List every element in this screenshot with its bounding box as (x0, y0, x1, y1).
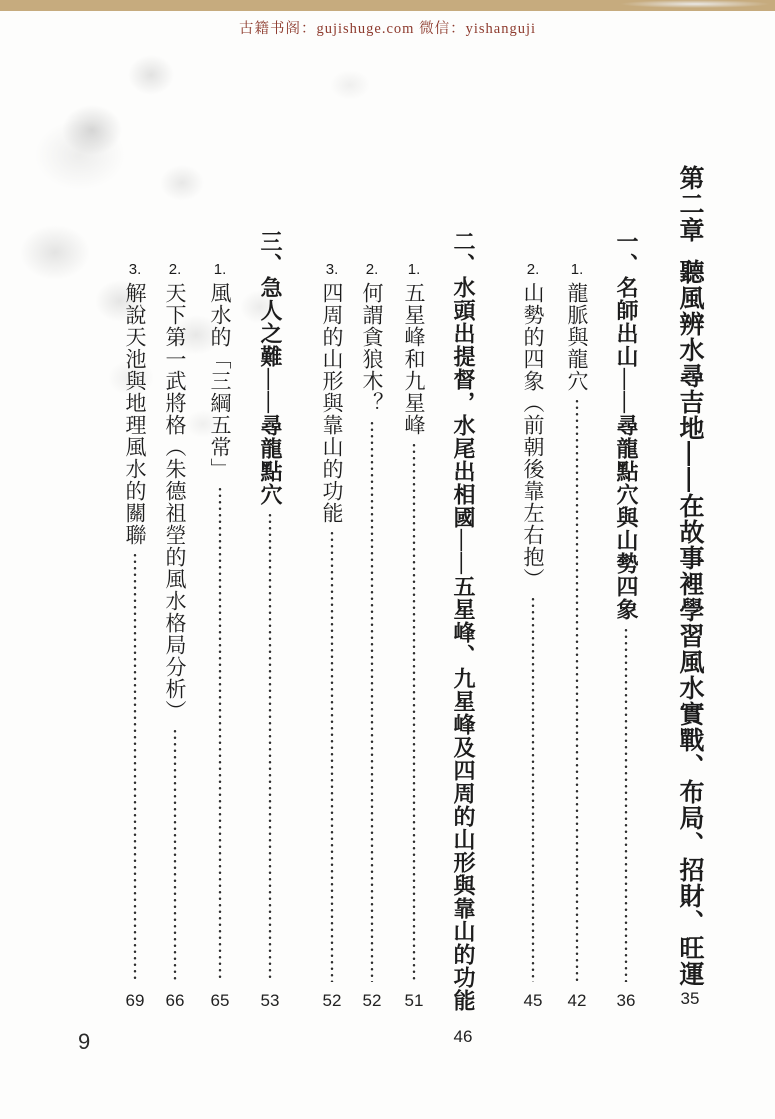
dotted-leader (173, 728, 177, 982)
toc-entry: 2. 天下第一武將格（朱德祖塋的風水格局分析） 66 (160, 262, 190, 1010)
entry-title: 五星峰和九星峰 (399, 282, 429, 436)
dotted-leader (575, 398, 579, 982)
watermark-text: 古籍书阁：gujishuge.com 微信：yishanguji (0, 17, 775, 38)
toc-entry: 1. 五星峰和九星峰 51 (399, 262, 429, 1010)
table-of-contents: 第二章 聽風辨水尋吉地——在故事裡學習風水實戰、布局、招財、旺運 35 一、 名… (120, 165, 707, 1010)
toc-entry: 3. 解說天池與地理風水的關聯 69 (120, 262, 150, 1010)
entry-page-number: 53 (261, 991, 280, 1010)
entry-title: 名師出山——尋龍點穴與山勢四象 (611, 276, 641, 621)
entry-title: 解說天池與地理風水的關聯 (120, 282, 150, 546)
entry-title: 水頭出提督，水尾出相國——五星峰、九星峰及四周的山形與靠山的功能 (448, 276, 478, 1012)
entry-marker: 3. (129, 262, 142, 278)
toc-entry: 2. 山勢的四象（前朝後靠左右抱） 45 (518, 262, 548, 1010)
toc-entry: 3. 四周的山形與靠山的功能 52 (317, 262, 347, 1010)
entry-page-number: 52 (363, 991, 382, 1010)
entry-marker: 3. (326, 262, 339, 278)
toc-entry: 2. 何謂貪狼木？ 52 (357, 262, 387, 1010)
dotted-leader (624, 627, 628, 982)
band-smudge (620, 0, 770, 8)
entry-marker: 1. (408, 262, 421, 278)
toc-entry: 第二章 聽風辨水尋吉地——在故事裡學習風水實戰、布局、招財、旺運 35 (673, 165, 707, 1010)
entry-page-number: 42 (568, 991, 587, 1010)
entry-title: 四周的山形與靠山的功能 (317, 282, 347, 524)
entry-title: 山勢的四象（前朝後靠左右抱） (518, 282, 548, 590)
toc-entry: 1. 風水的「三綱五常」 65 (205, 262, 235, 1010)
scanned-book-page: { "header": { "watermark": "古籍书阁：gujishu… (0, 0, 775, 1119)
entry-marker: 1. (571, 262, 584, 278)
toc-entry: 三、 急人之難——尋龍點穴 53 (255, 230, 285, 1010)
entry-title: 聽風辨水尋吉地——在故事裡學習風水實戰、布局、招財、旺運 (673, 259, 707, 987)
entry-marker: 2. (366, 262, 379, 278)
dotted-leader (330, 530, 334, 982)
entry-page-number: 66 (166, 991, 185, 1010)
scanner-top-band (0, 0, 775, 11)
toc-entry: 二、 水頭出提督，水尾出相國——五星峰、九星峰及四周的山形與靠山的功能 46 (448, 230, 478, 1010)
dotted-leader (133, 552, 137, 982)
entry-page-number: 35 (681, 989, 700, 1008)
entry-page-number: 46 (454, 1027, 473, 1046)
entry-page-number: 52 (323, 991, 342, 1010)
dotted-leader (370, 420, 374, 982)
entry-page-number: 51 (405, 991, 424, 1010)
dotted-leader (531, 596, 535, 982)
entry-marker: 第二章 (673, 165, 707, 243)
entry-marker: 2. (169, 262, 182, 278)
entry-page-number: 65 (211, 991, 230, 1010)
entry-page-number: 45 (524, 991, 543, 1010)
entry-marker: 2. (527, 262, 540, 278)
dotted-leader (268, 512, 272, 982)
entry-marker: 二、 (448, 230, 478, 276)
entry-marker: 三、 (255, 230, 285, 276)
entry-marker: 一、 (611, 230, 641, 276)
toc-entry: 1. 龍脈與龍穴 42 (562, 262, 592, 1010)
dotted-leader (218, 486, 222, 982)
toc-entry: 一、 名師出山——尋龍點穴與山勢四象 36 (611, 230, 641, 1010)
entry-title: 風水的「三綱五常」 (205, 282, 235, 480)
entry-marker: 1. (214, 262, 227, 278)
entry-title: 天下第一武將格（朱德祖塋的風水格局分析） (160, 282, 190, 722)
entry-title: 何謂貪狼木？ (357, 282, 387, 414)
entry-page-number: 69 (126, 991, 145, 1010)
entry-page-number: 36 (617, 991, 636, 1010)
entry-title: 龍脈與龍穴 (562, 282, 592, 392)
book-page-number: 9 (78, 1029, 90, 1055)
dotted-leader (412, 442, 416, 982)
entry-title: 急人之難——尋龍點穴 (255, 276, 285, 506)
